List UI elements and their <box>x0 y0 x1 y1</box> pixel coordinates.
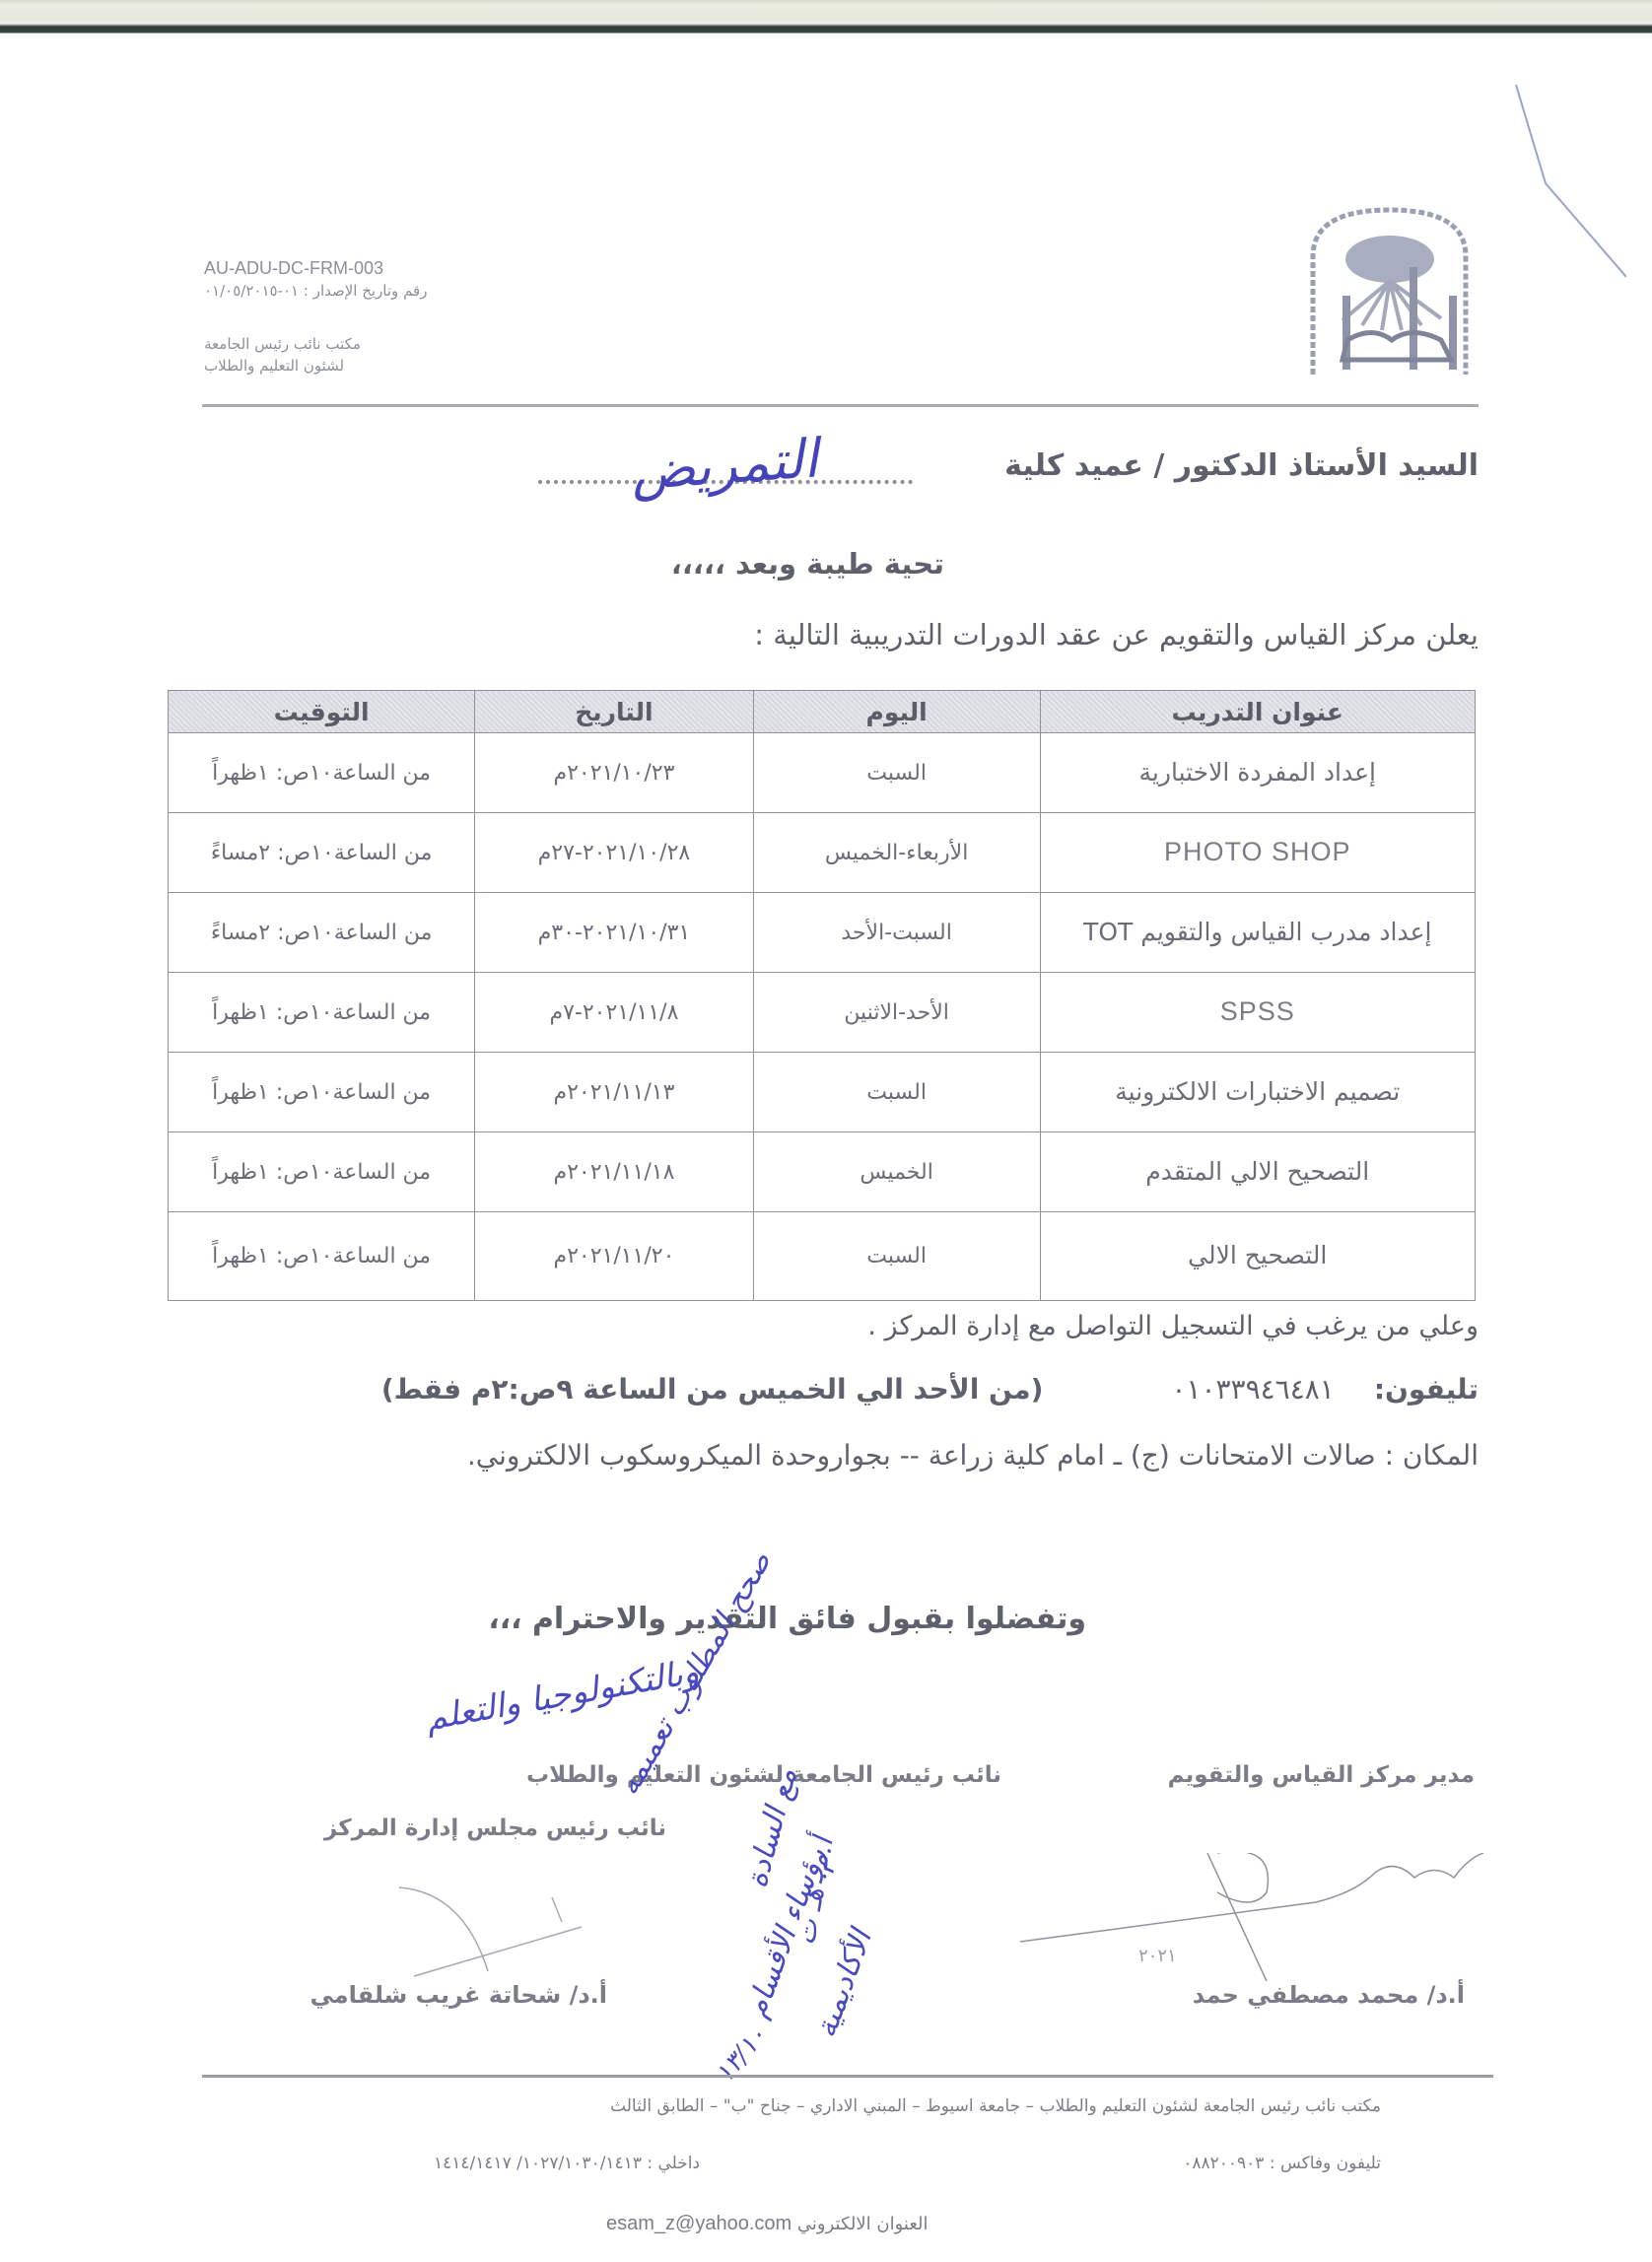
footer-address: مكتب نائب رئيس الجامعة لشئون التعليم وال… <box>610 2096 1381 2116</box>
course-title: تصميم الاختبارات الالكترونية <box>1040 1053 1475 1132</box>
handwritten-annotation: وبالتكنولوجيا والتعلم صحح المطلوب تعميمه… <box>414 1656 966 2080</box>
email-link[interactable]: esam_z@yahoo.com <box>606 2213 792 2234</box>
course-time: من الساعة١٠ص: ١ظهراً <box>169 1212 475 1301</box>
course-date: ٢٠٢١/١١/٢٠م <box>475 1212 753 1301</box>
scan-edge-strip <box>0 0 1652 34</box>
course-date: ٢٠٢١/١١/١٣م <box>475 1053 753 1132</box>
office-name-line-1: مكتب نائب رئيس الجامعة <box>204 335 401 353</box>
greeting: تحية طيبة وبعد ،،،،، <box>671 547 944 581</box>
courses-table: عنوان التدريب اليوم التاريخ التوقيت إعدا… <box>168 690 1476 1301</box>
header-time: التوقيت <box>169 691 475 733</box>
course-date: ٢٠٢١/١٠/٢٣م <box>475 733 753 813</box>
header-divider <box>202 404 1479 407</box>
table-row: PHOTO SHOP الأربعاء-الخميس ٢٠٢١/١٠/٢٨-٢٧… <box>169 813 1476 893</box>
footer-divider <box>202 2075 1493 2078</box>
course-time: من الساعة١٠ص: ٢مساءً <box>169 813 475 893</box>
location: المكان : صالات الامتحانات (ج) ـ امام كلي… <box>467 1439 1479 1472</box>
course-date: ٢٠٢١/١١/٨-٧م <box>475 973 753 1053</box>
table-row: التصحيح الالي المتقدم الخميس ٢٠٢١/١١/١٨م… <box>169 1132 1476 1212</box>
director-signature: ٢٠٢١ <box>1020 1853 1483 1981</box>
header-day: اليوم <box>753 691 1040 733</box>
header-date: التاريخ <box>475 691 753 733</box>
director-title: مدير مركز القياس والتقويم <box>1168 1762 1475 1788</box>
stray-pen-mark <box>1508 85 1626 282</box>
course-date: ٢٠٢١/١٠/٢٨-٢٧م <box>475 813 753 893</box>
registration-note: وعلي من يرغب في التسجيل التواصل مع إدارة… <box>867 1311 1479 1341</box>
director-name: أ.د/ محمد مصطفي حمد <box>1193 1981 1465 2009</box>
footer-extensions: داخلي : ١٠٢٧/١٠٣٠/١٤١٣/ ١٤١٤/١٤١٧ <box>434 2154 700 2173</box>
issue-date: رقم وتاريخ الإصدار : ٠١-٠١/٠٥/٢٠١٥ <box>204 282 500 300</box>
closing-remark: وتفضلوا بقبول فائق التقدير والاحترام ،،، <box>488 1602 1086 1636</box>
phone-hours: (من الأحد الي الخميس من الساعة ٩ص:٢م فقط… <box>381 1373 1044 1405</box>
course-date: ٢٠٢١/١١/١٨م <box>475 1132 753 1212</box>
course-title: إعداد مدرب القياس والتقويم TOT <box>1040 893 1475 973</box>
table-row: تصميم الاختبارات الالكترونية السبت ٢٠٢١/… <box>169 1053 1476 1132</box>
course-day: السبت <box>753 733 1040 813</box>
footer-email-line: العنوان الالكتروني esam_z@yahoo.com <box>606 2213 929 2235</box>
course-time: من الساعة١٠ص: ٢مساءً <box>169 893 475 973</box>
university-logo-icon <box>1303 202 1476 379</box>
course-day: الخميس <box>753 1132 1040 1212</box>
table-row: SPSS الأحد-الاثنين ٢٠٢١/١١/٨-٧م من الساع… <box>169 973 1476 1053</box>
form-code: AU-ADU-DC-FRM-003 <box>204 258 383 279</box>
course-day: السبت-الأحد <box>753 893 1040 973</box>
course-time: من الساعة١٠ص: ١ظهراً <box>169 1053 475 1132</box>
course-day: الأحد-الاثنين <box>753 973 1040 1053</box>
course-title: التصحيح الالي المتقدم <box>1040 1132 1475 1212</box>
annotation-date: ١٣/١٠ <box>710 2021 774 2089</box>
course-title: SPSS <box>1040 973 1475 1053</box>
salutation: السيد الأستاذ الدكتور / عميد كلية <box>1004 448 1479 483</box>
course-title: PHOTO SHOP <box>1040 813 1475 893</box>
table-row: إعداد مدرب القياس والتقويم TOT السبت-الأ… <box>169 893 1476 973</box>
phone-number: ٠١٠٣٣٩٤٦٤٨١ <box>1171 1373 1334 1405</box>
course-day: الأربعاء-الخميس <box>753 813 1040 893</box>
course-day: السبت <box>753 1212 1040 1301</box>
course-time: من الساعة١٠ص: ١ظهراً <box>169 973 475 1053</box>
footer-phone-fax: تليفون وفاكس : ٠٨٨٢٠٠٩٠٣ <box>1183 2154 1381 2173</box>
director-date-year: ٢٠٢١ <box>1138 1946 1177 1966</box>
course-time: من الساعة١٠ص: ١ظهراً <box>169 733 475 813</box>
phone-label: تليفون: <box>1374 1373 1479 1405</box>
handwritten-college-name: التمريض <box>629 427 820 502</box>
course-day: السبت <box>753 1053 1040 1132</box>
header-title: عنوان التدريب <box>1040 691 1475 733</box>
course-title: التصحيح الالي <box>1040 1212 1475 1301</box>
course-date: ٢٠٢١/١٠/٣١-٣٠م <box>475 893 753 973</box>
intro-paragraph: يعلن مركز القياس والتقويم عن عقد الدورات… <box>754 618 1479 651</box>
table-row: التصحيح الالي السبت ٢٠٢١/١١/٢٠م من الساع… <box>169 1212 1476 1301</box>
table-header-row: عنوان التدريب اليوم التاريخ التوقيت <box>169 691 1476 733</box>
phone-line: تليفون:٠١٠٣٣٩٤٦٤٨١(من الأحد الي الخميس م… <box>381 1373 1479 1405</box>
course-time: من الساعة١٠ص: ١ظهراً <box>169 1132 475 1212</box>
office-name-line-2: لشئون التعليم والطلاب <box>204 357 401 375</box>
course-title: إعداد المفردة الاختبارية <box>1040 733 1475 813</box>
table-row: إعداد المفردة الاختبارية السبت ٢٠٢١/١٠/٢… <box>169 733 1476 813</box>
email-label: العنوان الالكتروني <box>797 2214 929 2234</box>
